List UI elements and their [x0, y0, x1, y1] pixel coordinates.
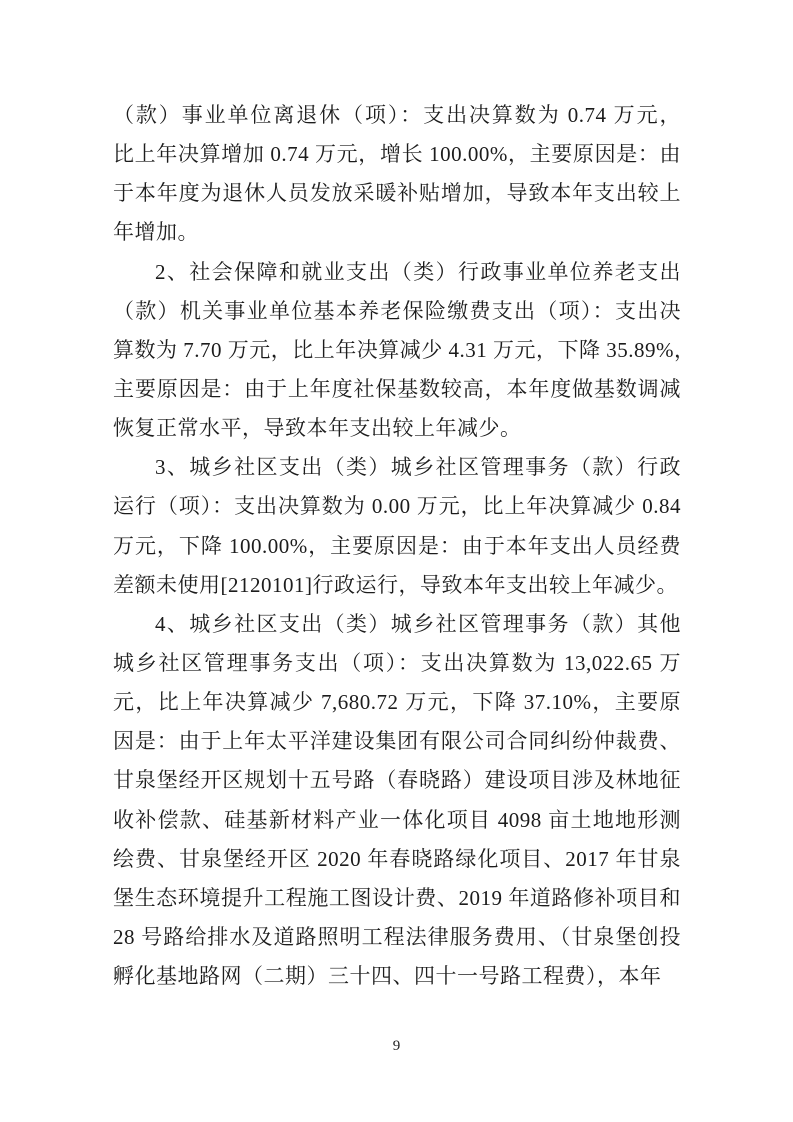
document-line: 因是：由于上年太平洋建设集团有限公司合同纠纷仲裁费、	[113, 722, 681, 761]
document-page: （款）事业单位离退休（项）：支出决算数为 0.74 万元，比上年决算增加 0.7…	[0, 0, 793, 1122]
document-line: 孵化基地路网（二期）三十四、四十一号路工程费），本年	[113, 957, 681, 996]
document-line: （款）机关事业单位基本养老保险缴费支出（项）：支出决	[113, 292, 681, 331]
document-line: 万元，下降 100.00%，主要原因是：由于本年支出人员经费	[113, 527, 681, 566]
document-line: 堡生态环境提升工程施工图设计费、2019 年道路修补项目和	[113, 879, 681, 918]
document-line: 28 号路给排水及道路照明工程法律服务费用、（甘泉堡创投	[113, 918, 681, 957]
document-line: 收补偿款、硅基新材料产业一体化项目 4098 亩土地地形测	[113, 801, 681, 840]
document-line: 运行（项）：支出决算数为 0.00 万元，比上年决算减少 0.84	[113, 487, 681, 526]
document-line: （款）事业单位离退休（项）：支出决算数为 0.74 万元，	[113, 96, 681, 135]
document-line: 主要原因是：由于上年度社保基数较高，本年度做基数调减	[113, 370, 681, 409]
document-line: 于本年度为退休人员发放采暖补贴增加，导致本年支出较上	[113, 174, 681, 213]
document-line: 年增加。	[113, 213, 681, 252]
document-line: 绘费、甘泉堡经开区 2020 年春晓路绿化项目、2017 年甘泉	[113, 840, 681, 879]
document-line: 比上年决算增加 0.74 万元，增长 100.00%，主要原因是：由	[113, 135, 681, 174]
document-line: 2、社会保障和就业支出（类）行政事业单位养老支出	[113, 253, 681, 292]
document-line: 元，比上年决算减少 7,680.72 万元，下降 37.10%，主要原	[113, 683, 681, 722]
document-line: 4、城乡社区支出（类）城乡社区管理事务（款）其他	[113, 605, 681, 644]
document-line: 甘泉堡经开区规划十五号路（春晓路）建设项目涉及林地征	[113, 761, 681, 800]
document-line: 恢复正常水平，导致本年支出较上年减少。	[113, 409, 681, 448]
page-number-footer: 9	[0, 1038, 793, 1055]
document-line: 差额未使用[2120101]行政运行，导致本年支出较上年减少。	[113, 566, 681, 605]
document-line: 城乡社区管理事务支出（项）：支出决算数为 13,022.65 万	[113, 644, 681, 683]
document-line: 算数为 7.70 万元，比上年决算减少 4.31 万元，下降 35.89%，	[113, 331, 681, 370]
text-block: （款）事业单位离退休（项）：支出决算数为 0.74 万元，比上年决算增加 0.7…	[113, 96, 681, 996]
document-line: 3、城乡社区支出（类）城乡社区管理事务（款）行政	[113, 448, 681, 487]
